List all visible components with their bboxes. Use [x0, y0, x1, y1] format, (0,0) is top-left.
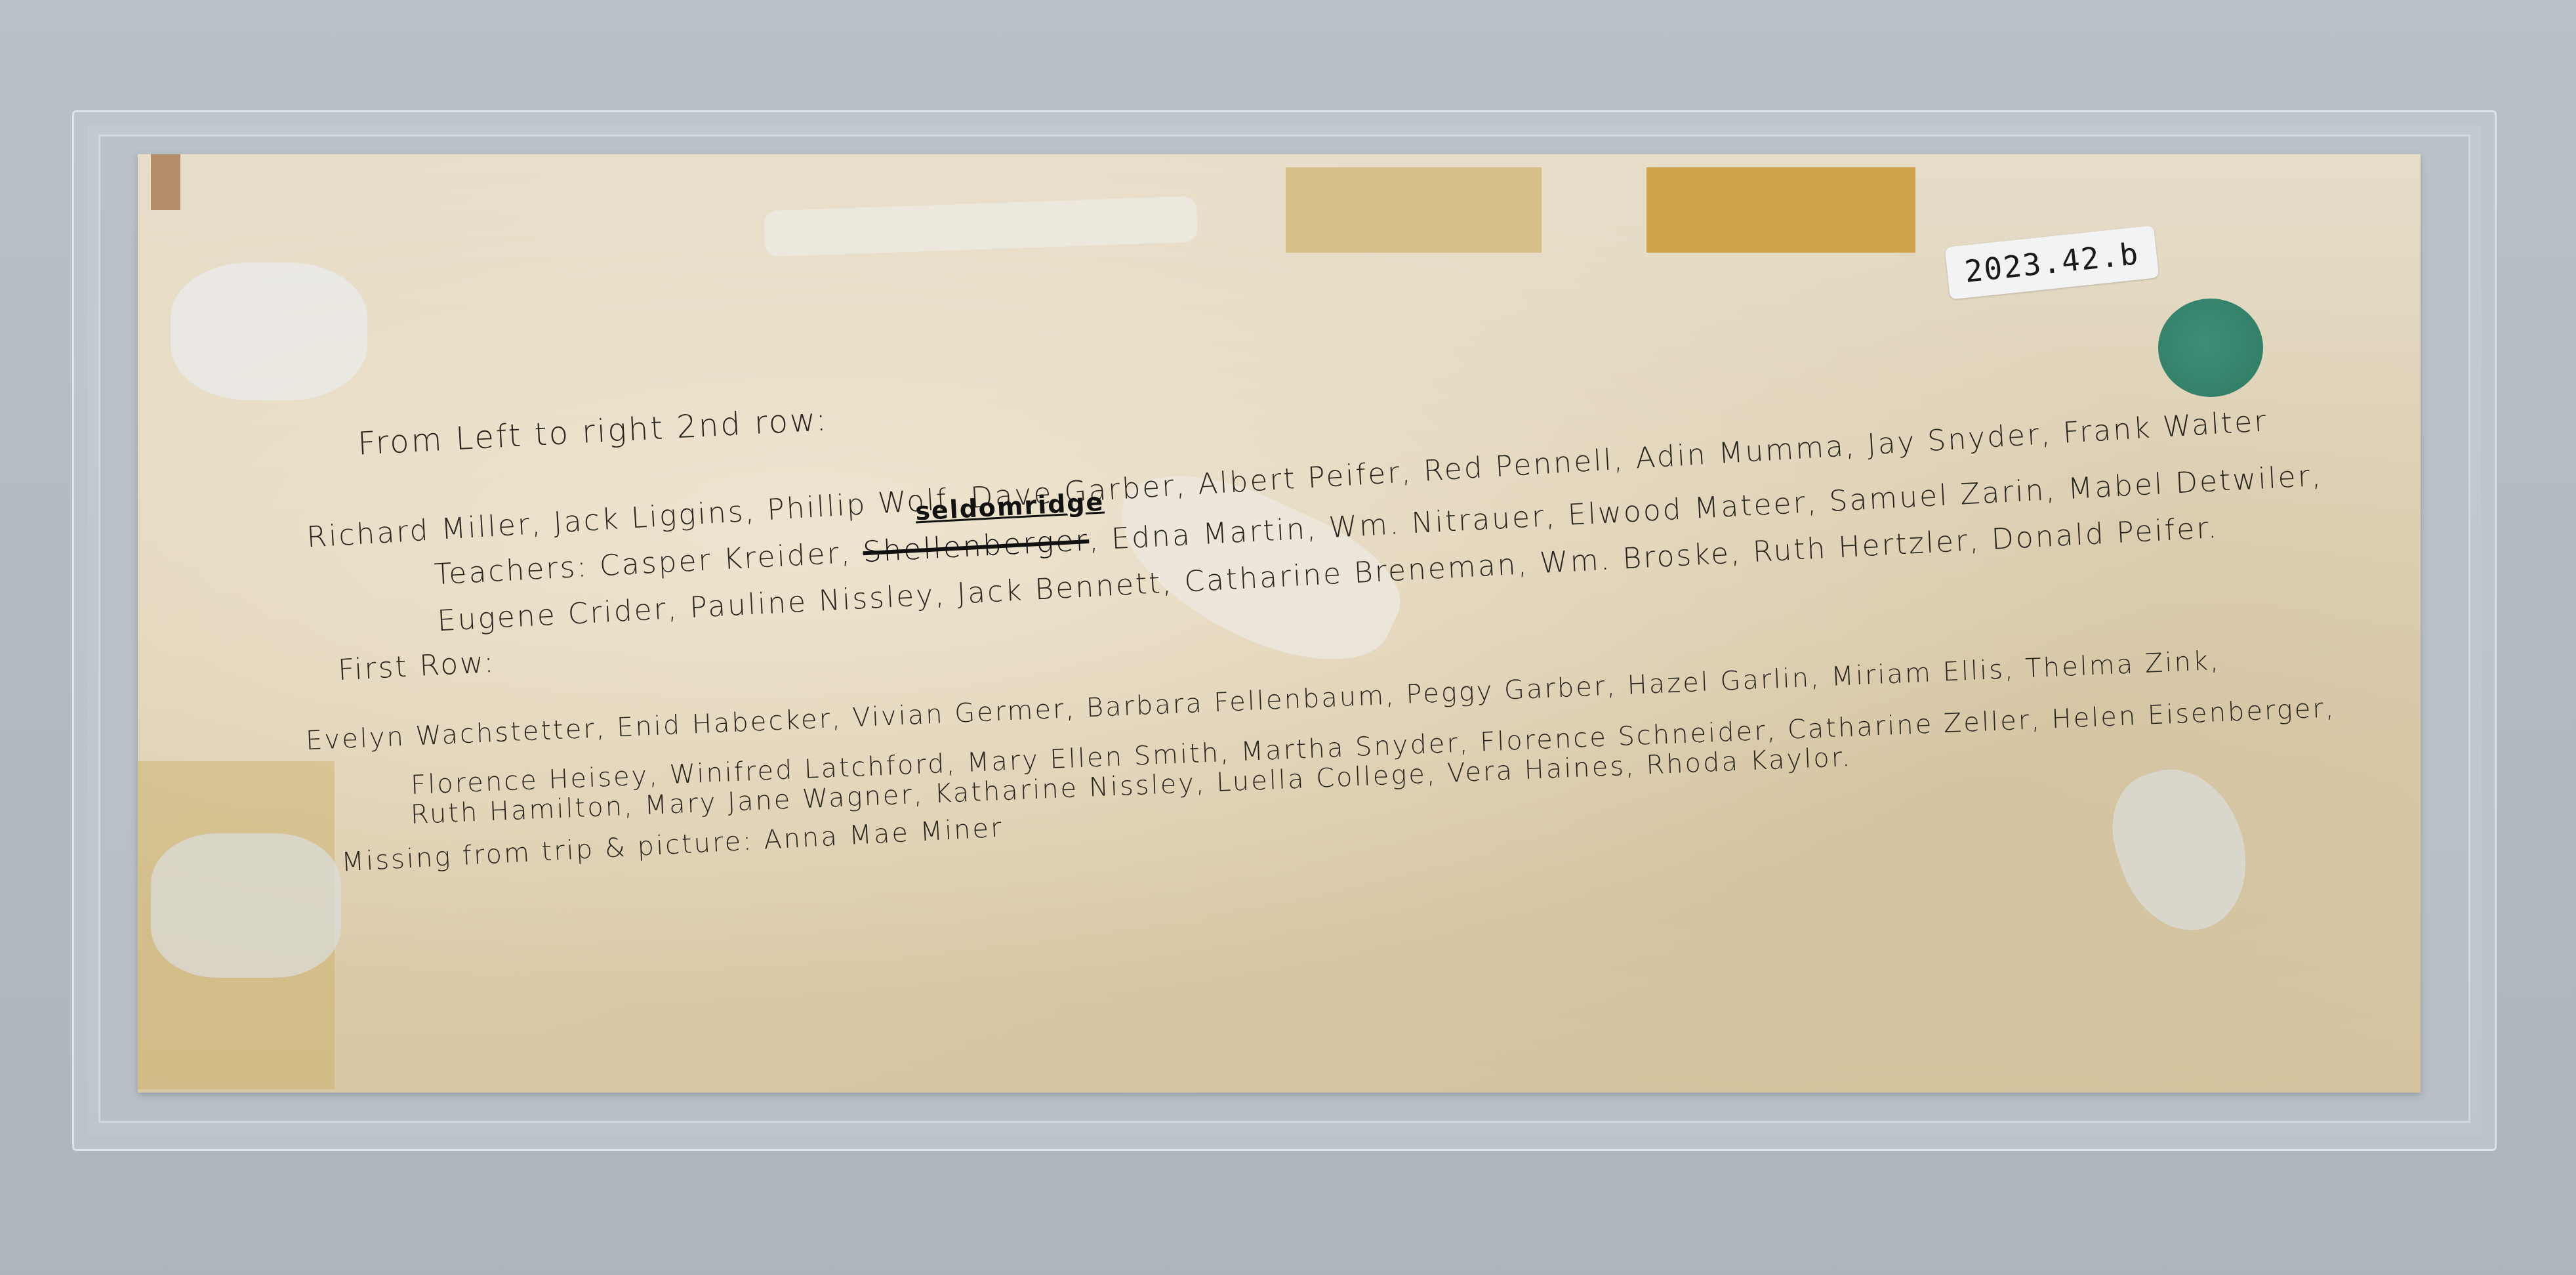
green-dot-sticker: [2158, 299, 2263, 397]
paper-scrape: [171, 262, 367, 400]
corner-stain: [151, 154, 180, 210]
tape-residue: [1646, 167, 1915, 253]
tape-residue: [1286, 167, 1542, 253]
comma: ,: [1088, 522, 1113, 557]
paper-scrape: [151, 833, 341, 978]
